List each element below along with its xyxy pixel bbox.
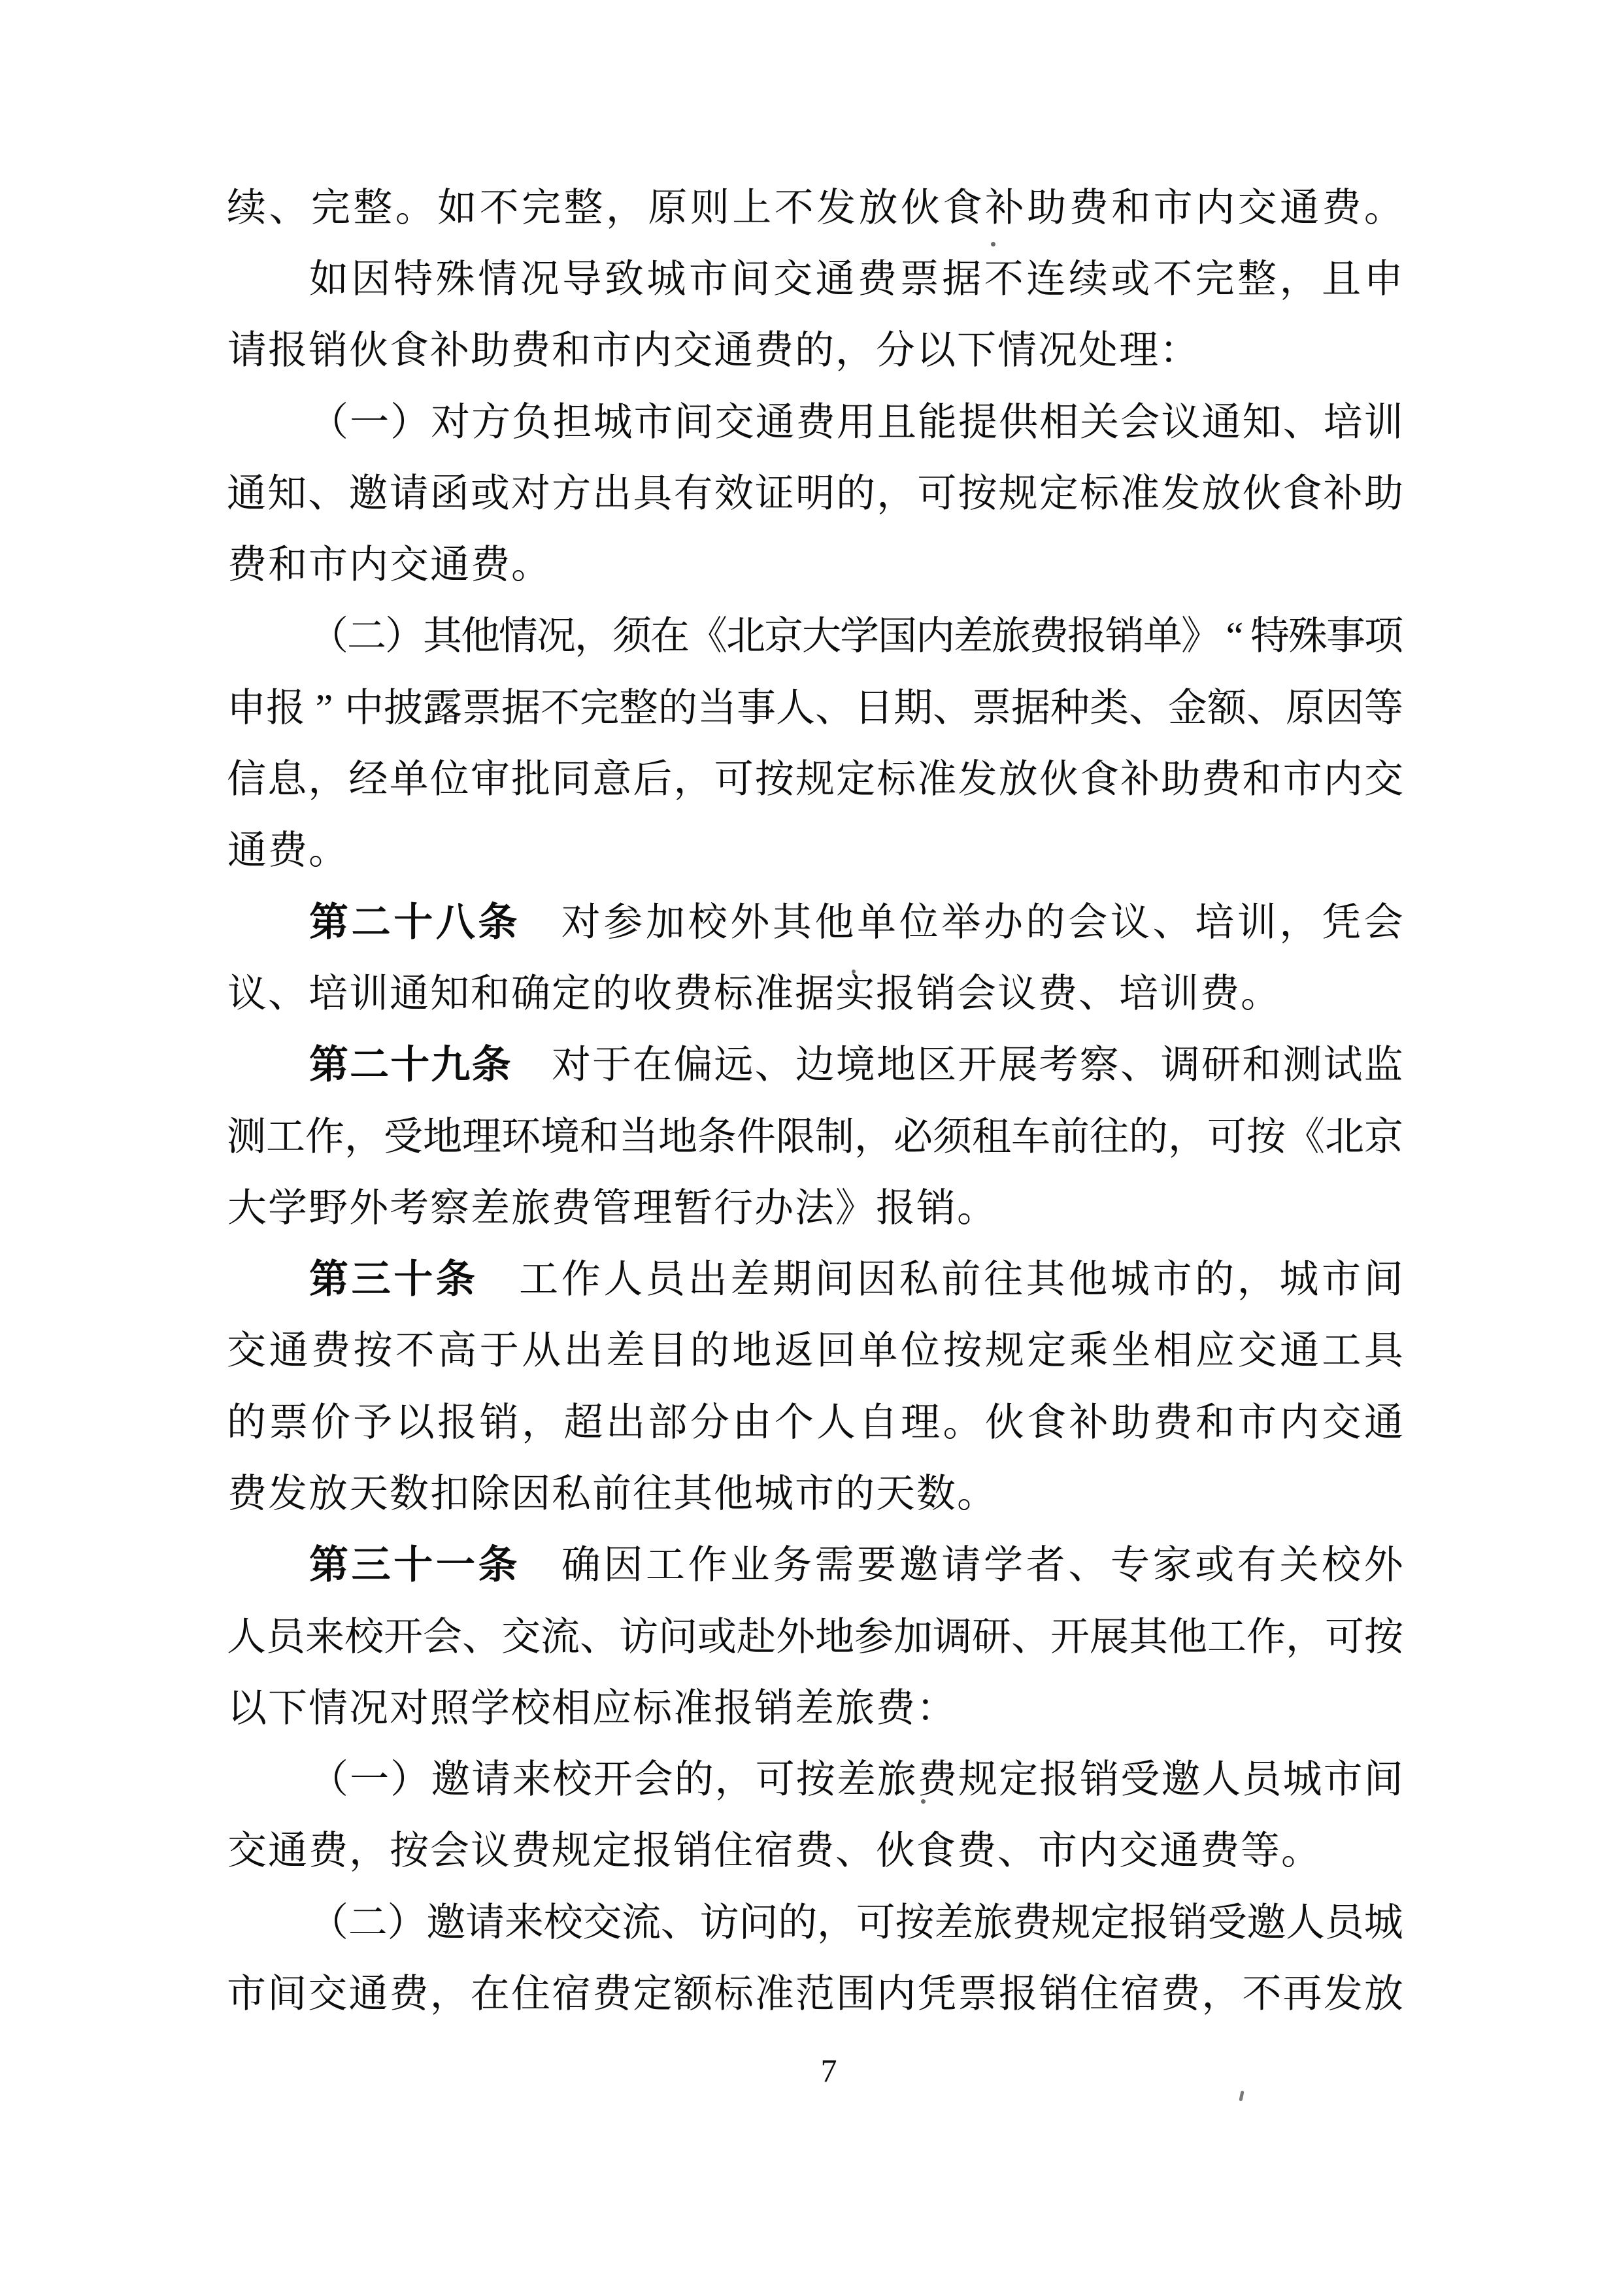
character: 标 <box>714 1974 752 2014</box>
character: 他 <box>713 1474 754 1513</box>
character: 费 <box>551 1189 592 1228</box>
character: 按 <box>1364 1617 1402 1657</box>
character: 请 <box>227 331 267 370</box>
character: 地 <box>658 1117 696 1156</box>
character: 会 <box>634 1760 672 1799</box>
character: 间 <box>815 1260 853 1299</box>
character: 日 <box>854 688 892 728</box>
character: 、 <box>267 974 308 1013</box>
character: 会 <box>1364 903 1402 942</box>
text-line: 交通费，按会议费规定报销住宿费、伙食费、市内交通费等。 <box>227 1815 1402 1887</box>
character: 销 <box>673 1831 713 1870</box>
ideographic-space <box>520 1565 557 1566</box>
character: 工 <box>1322 1331 1360 1370</box>
character: 城 <box>754 1474 794 1513</box>
character: 监 <box>1364 1045 1402 1085</box>
character: 往 <box>1090 1117 1128 1156</box>
character: 旅 <box>877 1760 915 1799</box>
character: 境 <box>836 1045 874 1085</box>
character: 市 <box>1153 1260 1191 1299</box>
character: 行 <box>713 1189 754 1228</box>
scan-speck <box>921 1799 926 1804</box>
character: 访 <box>619 1617 657 1657</box>
character: 其 <box>1026 1260 1064 1299</box>
character: 露 <box>423 688 461 728</box>
character: 住 <box>511 1974 549 2014</box>
character: 信 <box>227 760 265 799</box>
character: 内 <box>877 1974 914 2014</box>
character: 同 <box>552 760 590 799</box>
character: 销 <box>754 1689 794 1728</box>
character: 参 <box>603 903 641 942</box>
character: 再 <box>1283 1974 1321 2014</box>
character: 殊 <box>1288 616 1326 656</box>
character: 项 <box>1364 616 1402 656</box>
character: 下 <box>267 1689 308 1728</box>
text-line: 的票价予以报销，超出部分由个人自理。伙食补助费和市内交通 <box>227 1387 1402 1458</box>
character: 报 <box>1067 616 1105 656</box>
character: ， <box>715 1760 753 1799</box>
character: 可 <box>756 1760 794 1799</box>
text-line: 费和市内交通费。 <box>227 529 1402 600</box>
character: 前 <box>592 1474 632 1513</box>
character: 关 <box>1080 403 1118 442</box>
character: 伙 <box>1039 760 1077 799</box>
character: ： <box>1159 331 1199 370</box>
character: 环 <box>501 1117 539 1156</box>
character: ， <box>817 1903 855 1942</box>
character: 的 <box>227 1403 265 1442</box>
character: 京 <box>1364 1117 1402 1156</box>
character: 费 <box>1161 1974 1199 2014</box>
character: 内 <box>916 616 954 656</box>
character: 加 <box>894 1617 931 1657</box>
character: 。 <box>943 1403 980 1442</box>
character: 费 <box>308 1831 348 1870</box>
character: 个 <box>775 1403 812 1442</box>
character: 第 <box>309 1545 347 1585</box>
character: 按 <box>1246 1117 1284 1156</box>
character: 有 <box>674 474 712 513</box>
character: 试 <box>1324 1045 1362 1085</box>
character: 方 <box>471 403 509 442</box>
character: 补 <box>1324 474 1362 513</box>
character: 他 <box>461 616 499 656</box>
character: 规 <box>1052 1903 1090 1942</box>
character: 定 <box>592 1831 632 1870</box>
character: 通 <box>429 545 470 584</box>
character: 通 <box>269 1331 307 1370</box>
character: 交 <box>389 545 429 584</box>
character: 一 <box>350 403 388 442</box>
character: 报 <box>875 974 916 1013</box>
character: 报 <box>999 1974 1037 2014</box>
character: 放 <box>1201 474 1239 513</box>
character: 以 <box>916 331 956 370</box>
character: 凭 <box>1322 903 1360 942</box>
character: ， <box>674 760 712 799</box>
text-line: （一）对方负担城市间交通费用且能提供相关会议通知、培训 <box>227 386 1402 458</box>
character: 市 <box>794 1474 835 1513</box>
character: 城 <box>1111 1260 1148 1299</box>
character: 销 <box>916 1189 956 1228</box>
character: 情 <box>478 260 516 299</box>
character: 证 <box>755 474 793 513</box>
character: 交 <box>227 1831 267 1870</box>
character: 规 <box>551 1831 592 1870</box>
character: 宿 <box>552 1974 590 2014</box>
character: 和 <box>580 1117 618 1156</box>
character: 和 <box>1242 1045 1280 1085</box>
text-line: 信息，经单位审批同意后，可按规定标准发放伙食补助费和市内交 <box>227 743 1402 815</box>
character: 家 <box>1153 1545 1191 1585</box>
character: 工 <box>519 1260 557 1299</box>
character: 票 <box>269 1403 307 1442</box>
character: 请 <box>390 474 427 513</box>
character: 范 <box>795 1974 833 2014</box>
character: 差 <box>837 1760 875 1799</box>
character: 测 <box>227 1117 265 1156</box>
character: 考 <box>389 1189 429 1228</box>
character: 和 <box>1111 188 1149 228</box>
character: 、 <box>580 1617 618 1657</box>
character: 二 <box>350 1045 388 1085</box>
character: 不 <box>1153 260 1191 299</box>
character: 费 <box>1069 188 1107 228</box>
character: 十 <box>393 903 431 942</box>
character: 理 <box>462 1117 500 1156</box>
character: 加 <box>646 903 684 942</box>
character: ， <box>606 188 644 228</box>
character: 定 <box>836 760 874 799</box>
character: 十 <box>390 1045 428 1085</box>
character: 校 <box>552 1760 590 1799</box>
text-line: 通费。 <box>227 815 1402 886</box>
character: 因 <box>352 260 390 299</box>
character: 标 <box>877 760 914 799</box>
text-line: （一）邀请来校开会的，可按差旅费规定报销受邀人员城市间 <box>227 1744 1402 1815</box>
character: 间 <box>1364 1260 1402 1299</box>
character: 后 <box>633 760 671 799</box>
character: 位 <box>901 1331 939 1370</box>
ideographic-space <box>520 922 557 922</box>
character: 外 <box>348 1189 389 1228</box>
character: 披 <box>384 688 422 728</box>
character: 租 <box>972 1117 1010 1156</box>
character: 自 <box>859 1403 897 1442</box>
character: 报 <box>1039 1760 1077 1799</box>
text-line: 第三十条工作人员出差期间因私前往其他城市的，城市间 <box>227 1243 1402 1315</box>
character: 市 <box>227 1974 265 2014</box>
character: 确 <box>561 1545 599 1585</box>
character: 可 <box>714 760 752 799</box>
character: 要 <box>857 1545 895 1585</box>
character: 私 <box>551 1474 592 1513</box>
text-line: （二）其他情况，须在《北京大学国内差旅费报销单》“特殊事项 <box>227 601 1402 672</box>
character: 数 <box>916 1474 956 1513</box>
character: 完 <box>1195 260 1233 299</box>
character: 举 <box>941 903 979 942</box>
character: 定 <box>551 974 592 1013</box>
character: 位 <box>430 760 468 799</box>
character: 办 <box>754 1189 794 1228</box>
character: 位 <box>899 903 937 942</box>
character: 以 <box>227 1689 267 1728</box>
character: 规 <box>999 474 1037 513</box>
character: 培 <box>308 974 348 1013</box>
character: 作 <box>561 1260 599 1299</box>
character: 完 <box>580 688 618 728</box>
character: 以 <box>395 1403 433 1442</box>
character: 察 <box>429 1189 470 1228</box>
character: 因 <box>510 1474 551 1513</box>
character: ， <box>1237 1260 1275 1299</box>
character: 地 <box>815 1617 853 1657</box>
character: 销 <box>1080 1760 1118 1799</box>
character: 定 <box>1090 1903 1128 1942</box>
scan-speck <box>1239 2091 1244 2102</box>
character: 来 <box>512 1760 550 1799</box>
character: 用 <box>837 403 875 442</box>
character: 定 <box>1027 1331 1065 1370</box>
character: 交 <box>308 1974 346 2014</box>
character: 。 <box>308 831 348 870</box>
character: 间 <box>1364 1760 1402 1799</box>
character: 十 <box>393 1545 431 1585</box>
character: 准 <box>755 1974 793 2014</box>
character: 费 <box>311 1331 349 1370</box>
character: 有 <box>1237 1545 1275 1585</box>
character: 票 <box>958 1974 996 2014</box>
character: 负 <box>512 403 550 442</box>
character: 、 <box>1120 1045 1158 1085</box>
character: 他 <box>815 903 853 942</box>
character: 访 <box>700 1903 738 1942</box>
character: 食 <box>1027 1403 1065 1442</box>
character: 旅 <box>973 1903 1011 1942</box>
character: 不 <box>984 260 1022 299</box>
character: 天 <box>348 1474 389 1513</box>
character: 销 <box>916 974 956 1013</box>
character: 市 <box>308 545 348 584</box>
character: 大 <box>802 616 840 656</box>
character: 学 <box>470 1689 510 1728</box>
character: 或 <box>471 474 509 513</box>
character: 往 <box>632 1474 673 1513</box>
character: 训 <box>348 974 389 1013</box>
character: 伙 <box>348 331 389 370</box>
character: 城 <box>1283 1760 1321 1799</box>
character: 中 <box>344 688 382 728</box>
character: 方 <box>552 474 590 513</box>
character: ， <box>430 1974 468 2014</box>
character: 流 <box>541 1617 578 1657</box>
character: 经 <box>348 760 386 799</box>
character: 单 <box>859 1331 897 1370</box>
character: 间 <box>267 1974 305 2014</box>
character: 研 <box>972 1617 1010 1657</box>
character: 。 <box>1364 188 1402 228</box>
character: 市 <box>634 403 672 442</box>
character: 标 <box>713 974 754 1013</box>
character: 票 <box>462 688 500 728</box>
character: 北 <box>726 616 764 656</box>
document-page: 续、完整。如不完整，原则上不发放伙食补助费和市内交通费。如因特殊情况导致城市间交… <box>0 0 1621 2296</box>
character: 按 <box>943 1331 980 1370</box>
character: 下 <box>956 331 997 370</box>
character: 人 <box>603 1260 641 1299</box>
character: ， <box>1201 1974 1239 2014</box>
character: 发 <box>1161 474 1199 513</box>
character: 票 <box>900 260 938 299</box>
character: 理 <box>632 1189 673 1228</box>
character: 训 <box>1364 403 1402 442</box>
character: 人 <box>776 688 814 728</box>
character: 交 <box>582 1903 620 1942</box>
character: 据 <box>794 974 835 1013</box>
character: 二 <box>347 616 385 656</box>
character: 申 <box>1364 260 1402 299</box>
character: 间 <box>731 260 769 299</box>
text-line: 第三十一条确因工作业务需要邀请学者、专家或有关校外 <box>227 1530 1402 1601</box>
character: 交 <box>1238 188 1276 228</box>
character: 九 <box>431 1045 469 1085</box>
character: 会 <box>956 974 997 1013</box>
character: 受 <box>1208 1903 1246 1942</box>
character: 理 <box>1118 331 1159 370</box>
character: 应 <box>592 1689 632 1728</box>
character: 制 <box>815 1117 853 1156</box>
character: 开 <box>958 1045 995 1085</box>
character: 交 <box>1118 1831 1159 1870</box>
character: 校 <box>510 1689 551 1728</box>
character: 整 <box>353 188 391 228</box>
character: 准 <box>917 760 955 799</box>
character: 高 <box>437 1331 475 1370</box>
character: 、 <box>1011 1617 1049 1657</box>
character: ， <box>1286 1617 1324 1657</box>
character: 单 <box>857 903 895 942</box>
character: 校 <box>688 903 726 942</box>
character: 导 <box>562 260 600 299</box>
character: 放 <box>308 1474 348 1513</box>
character: 训 <box>1237 903 1275 942</box>
character: 来 <box>305 1617 343 1657</box>
character: 且 <box>877 403 915 442</box>
character: 邀 <box>1161 1760 1199 1799</box>
character: 对 <box>389 1689 429 1728</box>
character: 或 <box>697 1617 735 1657</box>
character: 培 <box>1118 974 1159 1013</box>
character: 作 <box>1246 1617 1284 1657</box>
character: 二 <box>348 1903 386 1942</box>
character: 因 <box>603 1545 641 1585</box>
text-line: 测工作，受地理环境和当地条件限制，必须租车前往的，可按《北京 <box>227 1101 1402 1172</box>
character: 予 <box>353 1403 391 1442</box>
character: 请 <box>471 1760 509 1799</box>
character: 住 <box>1080 1974 1118 2014</box>
character: 区 <box>917 1045 955 1085</box>
character: 分 <box>875 331 916 370</box>
character: ） <box>390 403 428 442</box>
character: 内 <box>632 331 673 370</box>
character: 、 <box>1246 688 1284 728</box>
character: 续 <box>1069 260 1107 299</box>
character: 旅 <box>835 1689 875 1728</box>
character: 。 <box>1240 974 1280 1013</box>
character: 务 <box>773 1545 811 1585</box>
character: 交 <box>1238 1331 1276 1370</box>
character: 致 <box>605 260 643 299</box>
character: 于 <box>480 1331 518 1370</box>
character: 邀 <box>899 1545 937 1585</box>
character: （ <box>309 403 347 442</box>
character: 伙 <box>875 1831 916 1870</box>
character: 、 <box>308 474 346 513</box>
character: 发 <box>958 760 996 799</box>
character: 《 <box>688 616 726 656</box>
character: 议 <box>1161 403 1199 442</box>
character: 据 <box>501 688 539 728</box>
character: 训 <box>1159 974 1199 1013</box>
character: 不 <box>775 188 812 228</box>
character: 等 <box>1364 688 1402 728</box>
character: 、 <box>462 1617 500 1657</box>
text-line: 人员来校开会、交流、访问或赴外地参加调研、开展其他工作，可按 <box>227 1601 1402 1672</box>
character: 其 <box>423 616 461 656</box>
character: 费 <box>1037 974 1078 1013</box>
character: 三 <box>352 1260 390 1299</box>
character: 校 <box>1322 1545 1360 1585</box>
character: 按 <box>796 1760 834 1799</box>
text-line: 大学野外考察差旅费管理暂行办法》报销。 <box>227 1172 1402 1243</box>
character: 且 <box>1322 260 1360 299</box>
character: 请 <box>941 1545 979 1585</box>
character: 通 <box>1364 1403 1402 1442</box>
character: 的 <box>1026 903 1064 942</box>
character: 准 <box>673 1689 713 1728</box>
character: 发 <box>267 1474 308 1513</box>
character: ， <box>344 1117 382 1156</box>
character: 对 <box>511 474 549 513</box>
character: 往 <box>984 1260 1022 1299</box>
character: 议 <box>227 974 267 1013</box>
character: 况 <box>1037 331 1078 370</box>
character: 除 <box>470 1474 510 1513</box>
character: 数 <box>389 1474 429 1513</box>
text-line: （二）邀请来校交流、访问的，可按差旅费规定报销受邀人员城 <box>227 1887 1402 1958</box>
character: 目 <box>648 1331 686 1370</box>
character: 函 <box>430 474 468 513</box>
character: 会 <box>423 1617 461 1657</box>
character: 费 <box>858 260 895 299</box>
text-line: 如因特殊情况导致城市间交通费票据不连续或不完整，且申 <box>227 243 1402 314</box>
character: 价 <box>311 1403 349 1442</box>
character: 其 <box>773 903 811 942</box>
character: 条 <box>472 1045 510 1085</box>
character: 交 <box>1322 1403 1360 1442</box>
character: 报 <box>1129 1903 1167 1942</box>
character: 费 <box>1154 1403 1192 1442</box>
character: 请 <box>465 1903 503 1942</box>
character: 议 <box>470 1831 510 1870</box>
text-line: 第二十八条对参加校外其他单位举办的会议、培训，凭会 <box>227 886 1402 958</box>
character: 在 <box>650 616 688 656</box>
character: （ <box>309 1760 347 1799</box>
character: 车 <box>1011 1117 1049 1156</box>
ideographic-space <box>478 1279 515 1280</box>
character: 通 <box>1159 1831 1199 1870</box>
